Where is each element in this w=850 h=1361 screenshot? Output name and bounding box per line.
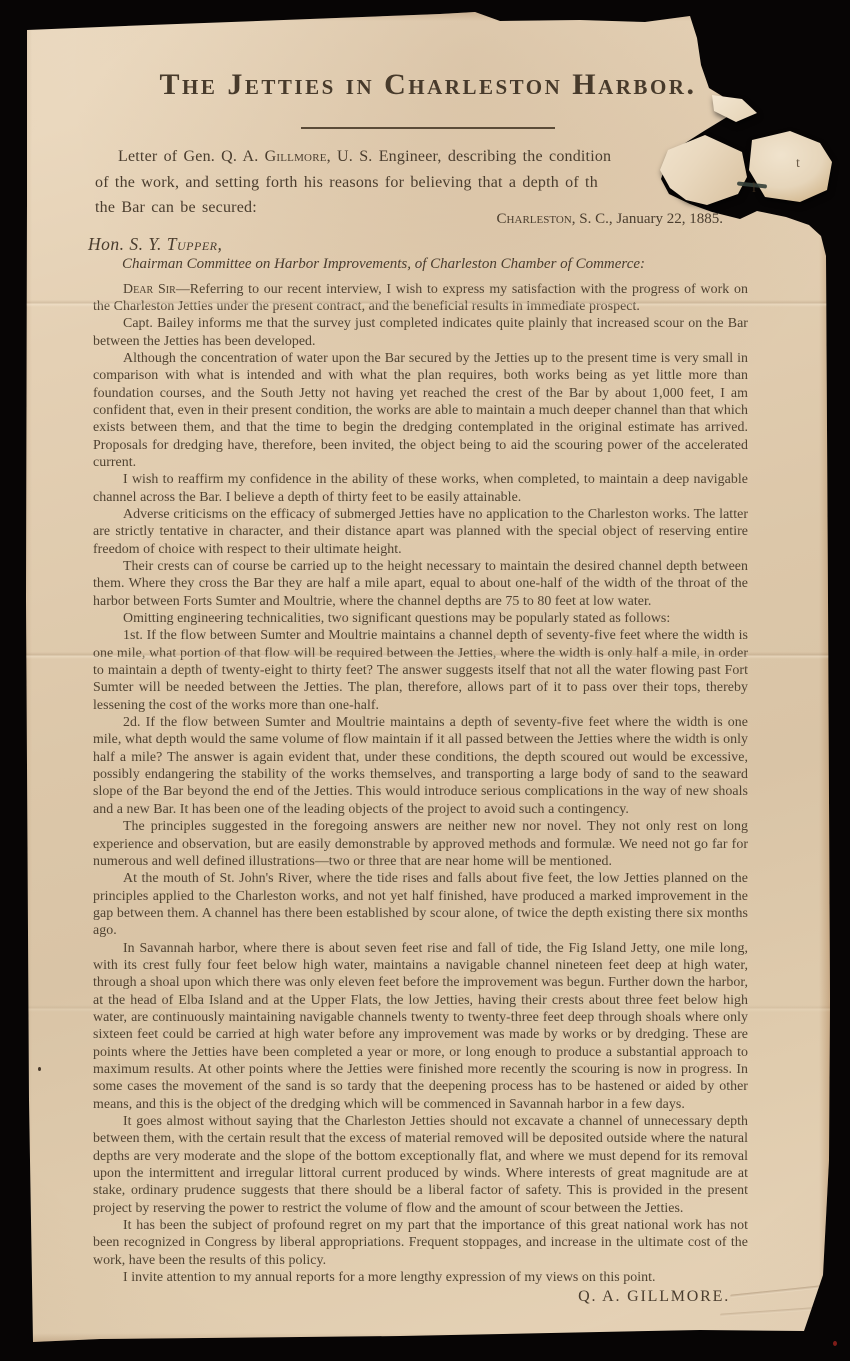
recipient-name: Hon. S. Y. Tupper, [88, 234, 832, 254]
paragraph: Their crests can of course be carried up… [93, 558, 748, 610]
paper-speck [38, 1067, 41, 1071]
paragraph: The principles suggested in the foregoin… [93, 818, 748, 870]
paragraph: 1st. If the flow between Sumter and Moul… [93, 627, 748, 714]
fold-crease-lower [24, 1005, 832, 1012]
paragraph: It goes almost without saying that the C… [93, 1113, 748, 1217]
paragraph: I invite attention to my annual reports … [93, 1269, 748, 1286]
document-title: The Jetties in Charleston Harbor. [34, 70, 822, 100]
scanned-letter-page: The Jetties in Charleston Harbor. Letter… [0, 0, 850, 1361]
red-speck [833, 1341, 837, 1346]
letter-paper-sheet: The Jetties in Charleston Harbor. Letter… [24, 12, 832, 1344]
signature: Q. A. GILLMORE. [24, 1288, 730, 1306]
paragraph: Although the concentration of water upon… [93, 350, 748, 471]
paragraph: I wish to reaffirm my confidence in the … [93, 471, 748, 506]
paragraph: In Savannah harbor, where there is about… [93, 940, 748, 1113]
letter-body: Dear Sir—Referring to our recent intervi… [93, 281, 748, 1287]
paper-edge-shading-left [24, 12, 32, 1344]
paragraph: At the mouth of St. John's River, where … [93, 870, 748, 939]
paragraph: Omitting engineering technicalities, two… [93, 610, 748, 627]
paragraph: It has been the subject of profound regr… [93, 1217, 748, 1269]
torn-flap-small [708, 92, 763, 127]
torn-flap-right [745, 125, 840, 210]
salutation: Dear Sir [123, 282, 176, 297]
corner-crease-1 [730, 1285, 822, 1298]
title-divider-rule [301, 127, 555, 129]
recipient-title: Chairman Committee on Harbor Improvement… [122, 255, 832, 274]
paragraph: Dear Sir—Referring to our recent intervi… [93, 281, 748, 316]
paper-edge-shading-bottom [24, 1333, 832, 1344]
corner-crease-2 [720, 1306, 828, 1317]
fold-crease-upper [24, 300, 832, 307]
paper-edge-shading-top [24, 12, 832, 21]
torn-flap-left [650, 128, 750, 208]
paragraph: Capt. Bailey informs me that the survey … [93, 315, 748, 350]
author-name-smallcaps: Gillmore [265, 148, 327, 165]
paper-edge-shading-right [819, 12, 832, 1344]
torn-text-fragment-t: t [796, 156, 800, 172]
paragraph: Adverse criticisms on the efficacy of su… [93, 506, 748, 558]
fold-crease-middle [24, 652, 832, 659]
torn-text-fragment-l: l [752, 181, 756, 197]
paragraph: 2d. If the flow between Sumter and Moult… [93, 714, 748, 818]
